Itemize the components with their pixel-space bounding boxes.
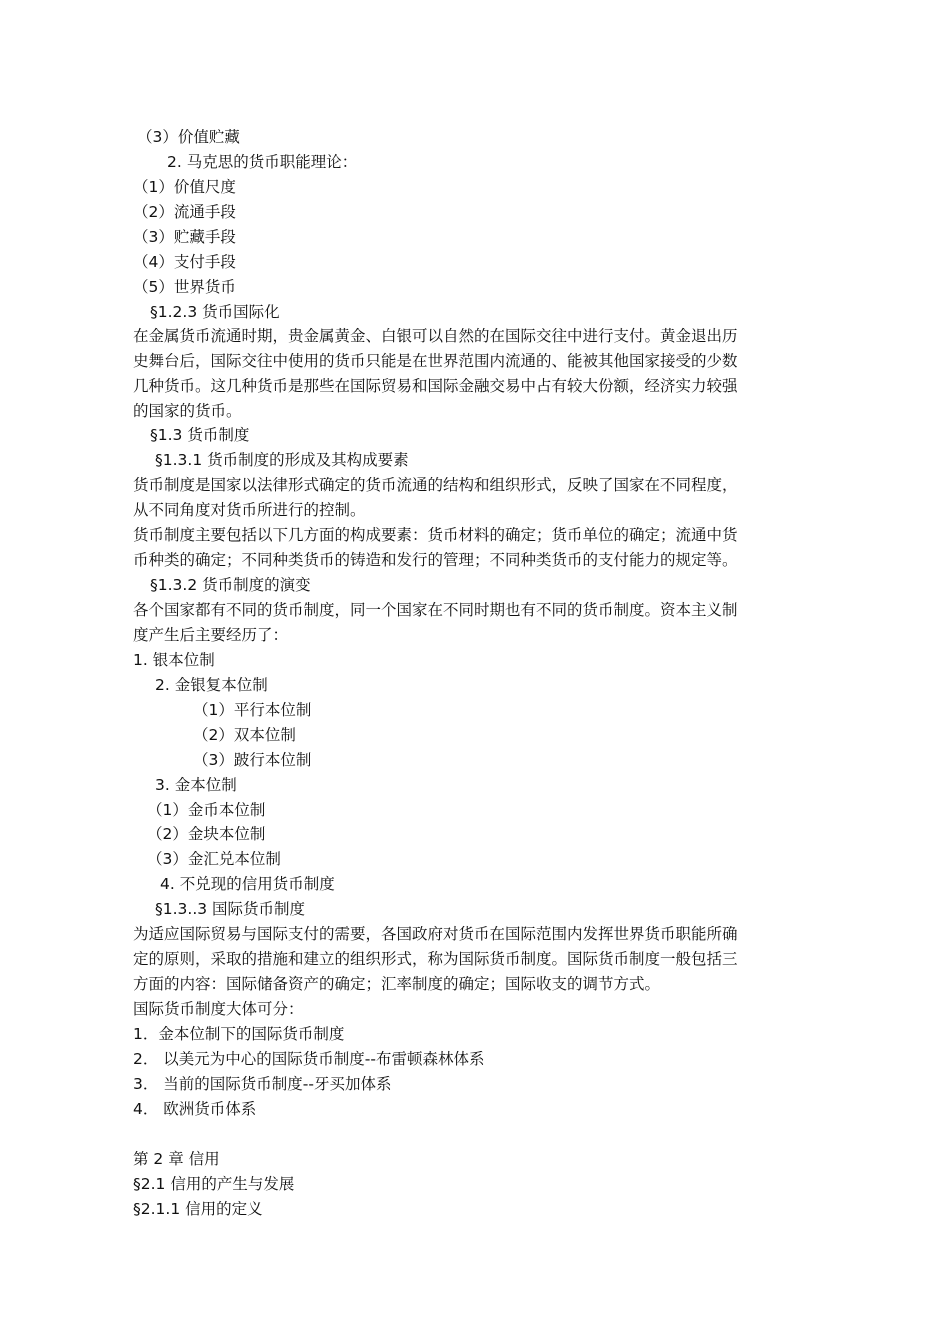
text-line: （3）金汇兑本位制	[147, 849, 281, 869]
text-line: （1）金币本位制	[147, 800, 265, 820]
text-line: 方面的内容：国际储备资产的确定；汇率制度的确定；国际收支的调节方式。	[133, 974, 660, 994]
text-line: 2. 金银复本位制	[155, 675, 268, 695]
text-line: （1）价值尺度	[133, 177, 236, 197]
text-line: 4． 欧洲货币体系	[133, 1099, 256, 1119]
text-line: （2）金块本位制	[147, 824, 265, 844]
text-line: §2.1.1 信用的定义	[133, 1199, 263, 1219]
text-line: 第 2 章 信用	[133, 1149, 220, 1169]
text-line: （2）流通手段	[133, 202, 236, 222]
text-line: 货币制度主要包括以下几方面的构成要素：货币材料的确定；货币单位的确定；流通中货	[133, 525, 738, 545]
text-line: 的国家的货币。	[133, 401, 242, 421]
text-line: 2． 以美元为中心的国际货币制度--布雷顿森林体系	[133, 1049, 484, 1069]
text-line: 1. 银本位制	[133, 650, 215, 670]
text-line: 从不同角度对货币所进行的控制。	[133, 500, 366, 520]
text-line: 币种类的确定；不同种类货币的铸造和发行的管理；不同种类货币的支付能力的规定等。	[133, 550, 738, 570]
text-line: （3）价值贮藏	[137, 127, 240, 147]
text-line: 度产生后主要经历了：	[133, 625, 288, 645]
text-line: 3. 金本位制	[155, 775, 237, 795]
text-line: 3． 当前的国际货币制度--牙买加体系	[133, 1074, 391, 1094]
text-line: 在金属货币流通时期，贵金属黄金、白银可以自然的在国际交往中进行支付。黄金退出历	[133, 326, 738, 346]
text-line: 几种货币。这几种货币是那些在国际贸易和国际金融交易中占有较大份额，经济实力较强	[133, 376, 738, 396]
text-line: §2.1 信用的产生与发展	[133, 1174, 294, 1194]
text-line: （4）支付手段	[133, 252, 236, 272]
text-line: §1.3..3 国际货币制度	[155, 899, 305, 919]
text-line: 货币制度是国家以法律形式确定的货币流通的结构和组织形式，反映了国家在不同程度，	[133, 475, 738, 495]
text-line: 4. 不兑现的信用货币制度	[160, 874, 335, 894]
text-line: 国际货币制度大体可分：	[133, 999, 304, 1019]
text-line: 2. 马克思的货币职能理论：	[167, 152, 357, 172]
text-line: （1）平行本位制	[193, 700, 311, 720]
text-line: （3）跛行本位制	[193, 750, 311, 770]
text-line: （2）双本位制	[193, 725, 296, 745]
text-line: §1.3.2 货币制度的演变	[150, 575, 311, 595]
text-line: 史舞台后，国际交往中使用的货币只能是在世界范围内流通的、能被其他国家接受的少数	[133, 351, 738, 371]
document-page: （3）价值贮藏2. 马克思的货币职能理论：（1）价值尺度（2）流通手段（3）贮藏…	[0, 0, 950, 1344]
text-line: 各个国家都有不同的货币制度，同一个国家在不同时期也有不同的货币制度。资本主义制	[133, 600, 738, 620]
text-line: 为适应国际贸易与国际支付的需要，各国政府对货币在国际范围内发挥世界货币职能所确	[133, 924, 738, 944]
text-line: §1.3.1 货币制度的形成及其构成要素	[155, 450, 409, 470]
text-line: （5）世界货币	[133, 277, 236, 297]
text-line: §1.3 货币制度	[150, 425, 249, 445]
text-line: 1．金本位制下的国际货币制度	[133, 1024, 344, 1044]
text-line: 定的原则，采取的措施和建立的组织形式，称为国际货币制度。国际货币制度一般包括三	[133, 949, 738, 969]
text-line: （3）贮藏手段	[133, 227, 236, 247]
text-line: §1.2.3 货币国际化	[150, 302, 280, 322]
